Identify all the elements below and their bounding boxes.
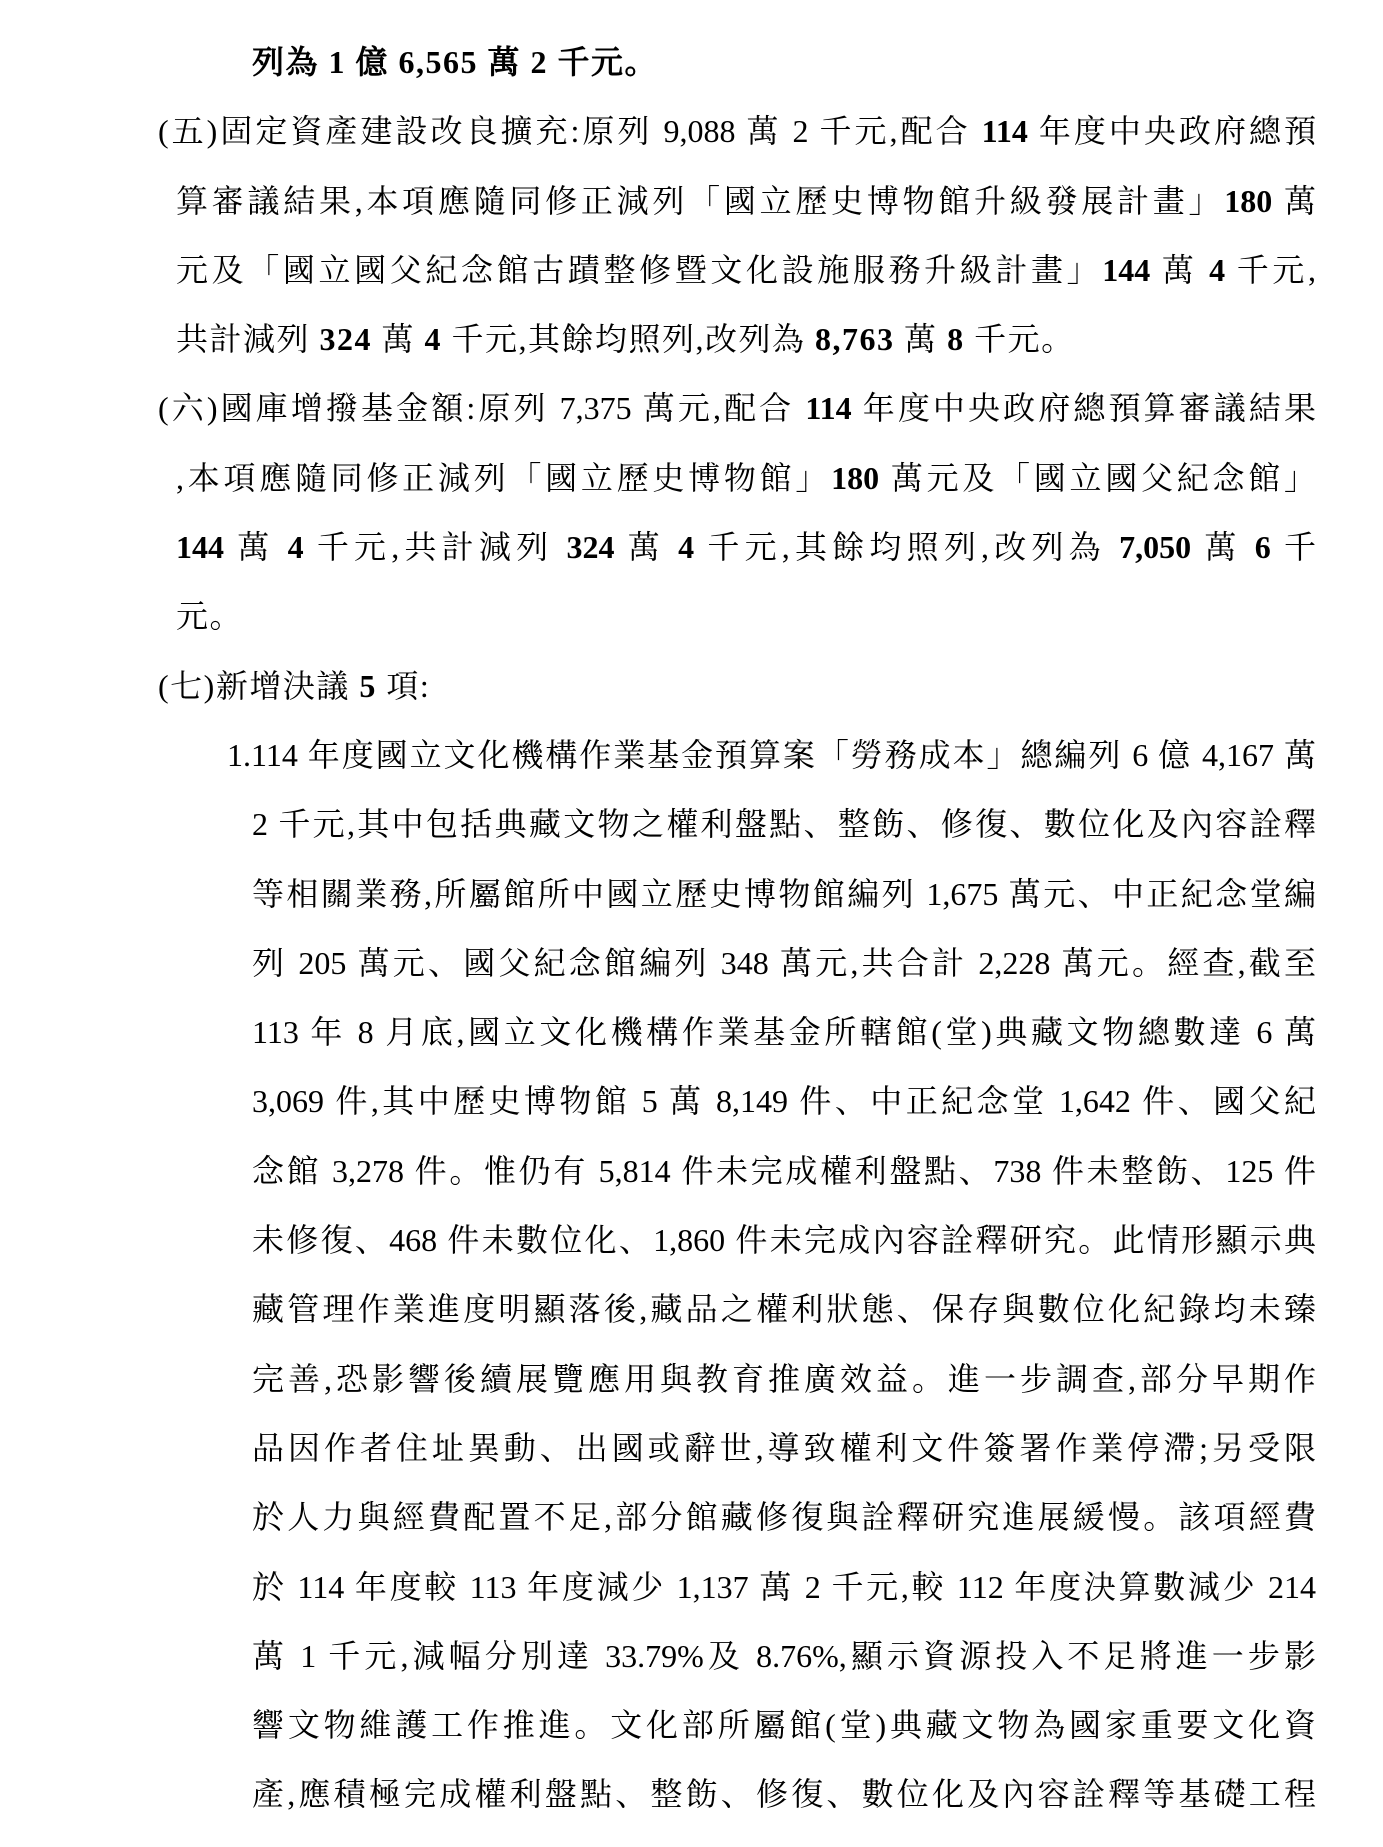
text-segment: 3,069 件,其中歷史博物館 5 萬 8,149 件、中正紀念堂 1,642 …	[252, 1083, 1316, 1119]
text-segment: 算審議結果,本項應隨同修正減列「國立歷史博物館升級發展計畫」	[176, 183, 1224, 219]
text-segment: ,本項應隨同修正減列「國立歷史博物館」	[176, 460, 831, 496]
text-segment: 萬	[1150, 252, 1209, 288]
text-line-10: (七)新增決議 5 項:	[158, 652, 1316, 721]
document-page: 列為 1 億 6,565 萬 2 千元。(五)固定資產建設改良擴充:原列 9,0…	[0, 0, 1383, 1847]
document-body: 列為 1 億 6,565 萬 2 千元。(五)固定資產建設改良擴充:原列 9,0…	[0, 28, 1383, 1830]
text-segment: 等相關業務,所屬館所中國立歷史博物館編列 1,675 萬元、中正紀念堂編	[252, 876, 1316, 912]
text-segment: 113 年 8 月底,國立文化機構作業基金所轄館(堂)典藏文物總數達 6 萬	[252, 1014, 1316, 1050]
bold-text-segment: 4	[678, 529, 694, 565]
text-line-21: 品因作者住址異動、出國或辭世,導致權利文件簽署作業停滯;另受限	[252, 1414, 1316, 1483]
text-segment: 萬	[1272, 183, 1316, 219]
bold-text-segment: 4	[288, 529, 304, 565]
text-line-19: 藏管理作業進度明顯落後,藏品之權利狀態、保存與數位化紀錄均未臻	[252, 1275, 1316, 1344]
bold-text-segment: 6	[1255, 529, 1271, 565]
text-segment: 年度中央政府總預算審議結果	[852, 390, 1316, 426]
text-segment: 年度中央政府總預	[1028, 113, 1316, 149]
bold-text-segment: 324	[567, 529, 615, 565]
text-line-6: (六)國庫增撥基金額:原列 7,375 萬元,配合 114 年度中央政府總預算審…	[158, 374, 1316, 443]
text-line-8: 144 萬 4 千元,共計減列 324 萬 4 千元,其餘均照列,改列為 7,0…	[176, 513, 1316, 582]
text-line-14: 列 205 萬元、國父紀念館編列 348 萬元,共合計 2,228 萬元。經查,…	[252, 929, 1316, 998]
text-segment: 千	[1271, 529, 1316, 565]
text-segment: 1.114 年度國立文化機構作業基金預算案「勞務成本」總編列 6 億 4,167…	[227, 737, 1316, 773]
text-segment: 元。	[176, 598, 243, 634]
text-segment: 萬	[372, 321, 425, 357]
text-segment: 萬	[615, 529, 679, 565]
bold-text-segment: 4	[1209, 252, 1225, 288]
text-line-2: (五)固定資產建設改良擴充:原列 9,088 萬 2 千元,配合 114 年度中…	[158, 97, 1316, 166]
text-segment: 完善,恐影響後續展覽應用與教育推廣效益。進一步調查,部分早期作	[252, 1361, 1316, 1397]
text-segment: 共計減列	[176, 321, 320, 357]
text-segment: 千元,其餘均照列,改列為	[442, 321, 815, 357]
bold-text-segment: 144	[176, 529, 224, 565]
text-segment: 萬 1 千元,減幅分別達 33.79%及 8.76%,顯示資源投入不足將進一步影	[252, 1638, 1316, 1674]
bold-text-segment: 7,050	[1119, 529, 1191, 565]
text-segment: 產,應積極完成權利盤點、整飭、修復、數位化及內容詮釋等基礎工程	[252, 1776, 1316, 1812]
bold-text-segment: 5	[359, 668, 377, 704]
text-segment: 千元,其餘均照列,改列為	[694, 529, 1119, 565]
text-segment: (七)新增決議	[158, 668, 359, 704]
bold-text-segment: 列為 1 億 6,565 萬 2 千元。	[252, 44, 658, 80]
bold-text-segment: 144	[1102, 252, 1150, 288]
text-segment: 萬元及「國立國父紀念館」	[879, 460, 1316, 496]
text-segment: 品因作者住址異動、出國或辭世,導致權利文件簽署作業停滯;另受限	[252, 1430, 1316, 1466]
text-line-24: 萬 1 千元,減幅分別達 33.79%及 8.76%,顯示資源投入不足將進一步影	[252, 1622, 1316, 1691]
text-segment: 萬	[224, 529, 288, 565]
text-line-26: 產,應積極完成權利盤點、整飭、修復、數位化及內容詮釋等基礎工程	[252, 1760, 1316, 1829]
text-segment: 列 205 萬元、國父紀念館編列 348 萬元,共合計 2,228 萬元。經查,…	[252, 945, 1316, 981]
text-line-4: 元及「國立國父紀念館古蹟整修暨文化設施服務升級計畫」144 萬 4 千元,	[176, 236, 1316, 305]
text-line-12: 2 千元,其中包括典藏文物之權利盤點、整飭、修復、數位化及內容詮釋	[252, 790, 1316, 859]
text-line-17: 念館 3,278 件。惟仍有 5,814 件未完成權利盤點、738 件未整飭、1…	[252, 1137, 1316, 1206]
text-line-7: ,本項應隨同修正減列「國立歷史博物館」180 萬元及「國立國父紀念館」	[176, 444, 1316, 513]
text-segment: 未修復、468 件未數位化、1,860 件未完成內容詮釋研究。此情形顯示典	[252, 1222, 1316, 1258]
text-segment: (六)國庫增撥基金額:原列 7,375 萬元,配合	[158, 390, 805, 426]
text-segment: 千元。	[965, 321, 1075, 357]
text-line-23: 於 114 年度較 113 年度減少 1,137 萬 2 千元,較 112 年度…	[252, 1553, 1316, 1622]
bold-text-segment: 180	[1224, 183, 1272, 219]
bold-text-segment: 4	[425, 321, 443, 357]
text-segment: 千元,共計減列	[304, 529, 567, 565]
text-segment: 念館 3,278 件。惟仍有 5,814 件未完成權利盤點、738 件未整飭、1…	[252, 1153, 1316, 1189]
text-segment: 響文物維護工作推進。文化部所屬館(堂)典藏文物為國家重要文化資	[252, 1707, 1316, 1743]
text-line-16: 3,069 件,其中歷史博物館 5 萬 8,149 件、中正紀念堂 1,642 …	[252, 1067, 1316, 1136]
text-line-9: 元。	[176, 582, 1316, 651]
text-line-20: 完善,恐影響後續展覽應用與教育推廣效益。進一步調查,部分早期作	[252, 1345, 1316, 1414]
text-segment: 千元,	[1225, 252, 1316, 288]
text-line-15: 113 年 8 月底,國立文化機構作業基金所轄館(堂)典藏文物總數達 6 萬	[252, 998, 1316, 1067]
bold-text-segment: 114	[805, 390, 851, 426]
text-segment: 項:	[377, 668, 430, 704]
text-line-13: 等相關業務,所屬館所中國立歷史博物館編列 1,675 萬元、中正紀念堂編	[252, 860, 1316, 929]
text-segment: 於 114 年度較 113 年度減少 1,137 萬 2 千元,較 112 年度…	[252, 1569, 1316, 1605]
text-segment: 萬	[895, 321, 948, 357]
text-line-1: 列為 1 億 6,565 萬 2 千元。	[252, 28, 1316, 97]
text-line-25: 響文物維護工作推進。文化部所屬館(堂)典藏文物為國家重要文化資	[252, 1691, 1316, 1760]
text-line-18: 未修復、468 件未數位化、1,860 件未完成內容詮釋研究。此情形顯示典	[252, 1206, 1316, 1275]
text-line-3: 算審議結果,本項應隨同修正減列「國立歷史博物館升級發展計畫」180 萬	[176, 167, 1316, 236]
bold-text-segment: 114	[982, 113, 1028, 149]
bold-text-segment: 8,763	[815, 321, 895, 357]
text-segment: 於人力與經費配置不足,部分館藏修復與詮釋研究進展緩慢。該項經費	[252, 1499, 1316, 1535]
text-line-5: 共計減列 324 萬 4 千元,其餘均照列,改列為 8,763 萬 8 千元。	[176, 305, 1316, 374]
bold-text-segment: 8	[947, 321, 965, 357]
text-line-11: 1.114 年度國立文化機構作業基金預算案「勞務成本」總編列 6 億 4,167…	[227, 721, 1316, 790]
text-segment: 萬	[1191, 529, 1255, 565]
text-segment: (五)固定資產建設改良擴充:原列 9,088 萬 2 千元,配合	[158, 113, 982, 149]
bold-text-segment: 180	[831, 460, 879, 496]
text-segment: 2 千元,其中包括典藏文物之權利盤點、整飭、修復、數位化及內容詮釋	[252, 806, 1316, 842]
text-segment: 藏管理作業進度明顯落後,藏品之權利狀態、保存與數位化紀錄均未臻	[252, 1291, 1316, 1327]
text-segment: 元及「國立國父紀念館古蹟整修暨文化設施服務升級計畫」	[176, 252, 1102, 288]
text-line-22: 於人力與經費配置不足,部分館藏修復與詮釋研究進展緩慢。該項經費	[252, 1483, 1316, 1552]
bold-text-segment: 324	[320, 321, 373, 357]
